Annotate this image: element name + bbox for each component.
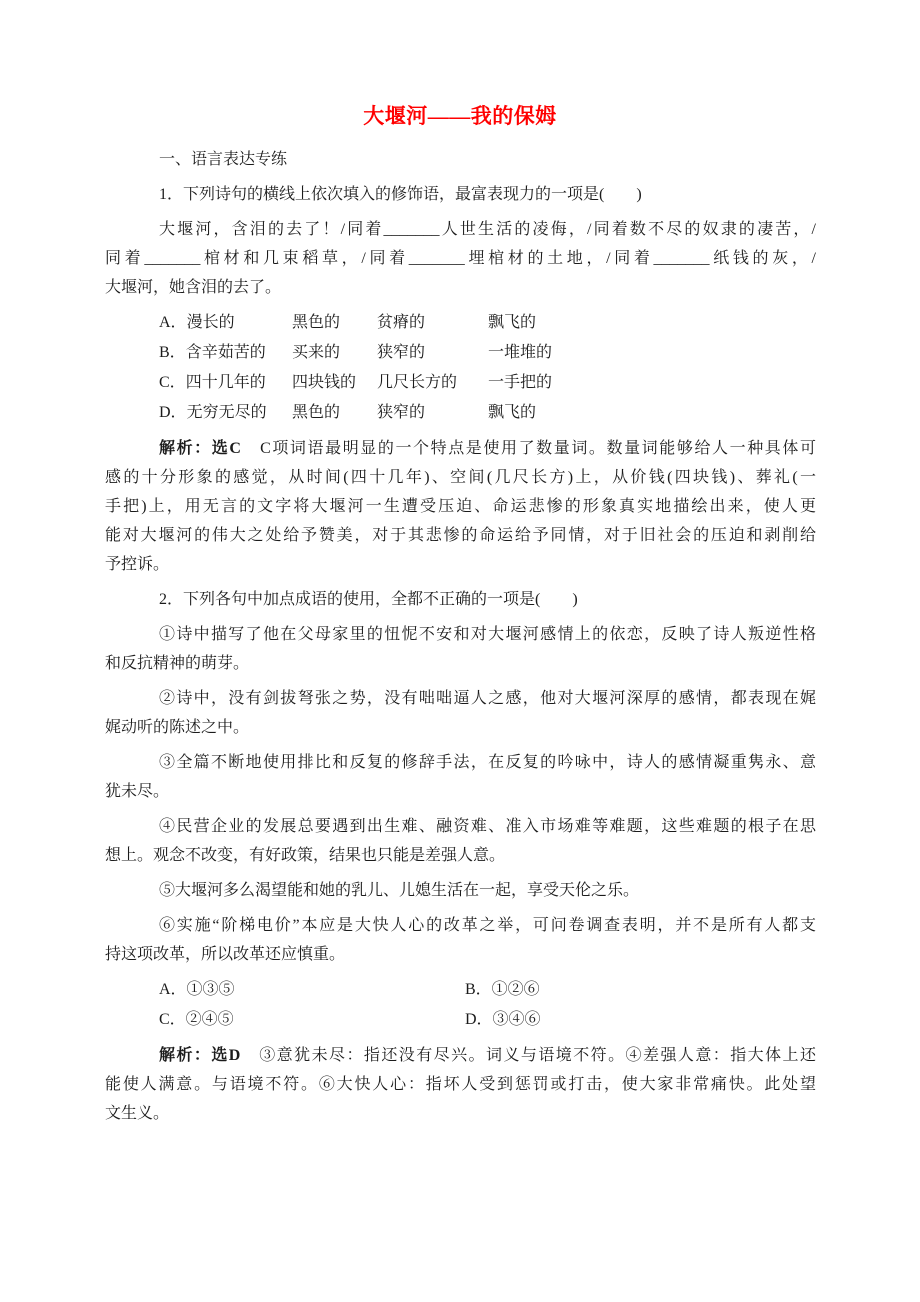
document-page: 大堰河——我的保姆 一、语言表达专练 1．下列诗句的横线上依次填入的修饰语，最富… — [0, 0, 920, 1302]
q2-sentence-1: ①诗中描写了他在父母家里的忸怩不安和对大堰河感情上的依恋，反映了诗人叛逆性格 和… — [105, 620, 816, 678]
q1-option-label: A． — [159, 314, 187, 331]
q2-sentence-5: ⑤大堰河多么渴望能和她的乳儿、儿媳生活在一起，享受天伦之乐。 — [105, 876, 816, 905]
poem-line: 大堰河，含泪的去了！/同着_______人世生活的凌侮，/同着数不尽的奴隶的凄苦… — [105, 215, 816, 244]
q1-option-cell: A．漫长的 — [159, 308, 292, 338]
analysis-line: 感的十分形象的感觉，从时间(四十几年)、空间(几尺长方)上，从价钱(四块钱)、葬… — [105, 463, 816, 492]
analysis-line: 能使人满意。与语境不符。⑥大快人心：指坏人受到惩罚或打击，使大家非常痛快。此处望 — [105, 1070, 816, 1099]
q2-sentence-3: ③全篇不断地使用排比和反复的修辞手法，在反复的吟咏中，诗人的感情凝重隽永、意 犹… — [105, 748, 816, 806]
analysis-line: 手把)上，用无言的文字将大堰河一生遭受压迫、命运悲惨的形象真实地描绘出来，使人更 — [105, 492, 816, 521]
analysis-line: 解析：选C C项词语最明显的一个特点是使用了数量词。数量词能够给人一种具体可 — [105, 434, 816, 463]
q1-option-word: 一手把的 — [488, 368, 552, 398]
q1-option-word: 一堆堆的 — [488, 338, 552, 368]
q1-option-word: 漫长的 — [187, 314, 235, 331]
q1-option-cell: B．含辛茹苦的 — [159, 338, 292, 368]
q1-option-label: B． — [159, 344, 186, 361]
q1-option-word: 飘飞的 — [488, 308, 536, 338]
sentence-line: 娓动听的陈述之中。 — [105, 713, 816, 742]
q1-options: A．漫长的黑色的贫瘠的飘飞的 B．含辛茹苦的买来的狭窄的一堆堆的 C．四十几年的… — [105, 308, 816, 428]
q1-option-label: C． — [159, 374, 186, 391]
q1-option-word: 无穷无尽的 — [187, 404, 267, 421]
q2-analysis: 解析：选D ③意犹未尽：指还没有尽兴。词义与语境不符。④差强人意：指大体上还 能… — [105, 1041, 816, 1128]
analysis-label: 解析：选C — [159, 440, 241, 457]
q1-option-label: D． — [159, 404, 187, 421]
q1-option-word: 四十几年的 — [186, 374, 266, 391]
q2-stem: 2．下列各句中加点成语的使用，全都不正确的一项是( ) — [105, 585, 816, 614]
q1-option-row-c: C．四十几年的四块钱的几尺长方的一手把的 — [159, 368, 816, 398]
analysis-label: 解析：选D — [159, 1047, 240, 1064]
q1-option-cell: C．四十几年的 — [159, 368, 292, 398]
q1-option-row-d: D．无穷无尽的黑色的狭窄的飘飞的 — [159, 398, 816, 428]
q2-option-row: C．②④⑤D．③④⑥ — [159, 1005, 816, 1035]
q1-option-word: 买来的 — [292, 338, 377, 368]
q2-option: B．①②⑥ — [465, 981, 540, 998]
q1-option-row-b: B．含辛茹苦的买来的狭窄的一堆堆的 — [159, 338, 816, 368]
q1-option-word: 狭窄的 — [377, 398, 488, 428]
sentence-line: ⑥实施“阶梯电价”本应是大快人心的改革之举，可问卷调查表明，并不是所有人都支 — [105, 911, 816, 940]
q2-option: A．①③⑤ — [159, 975, 465, 1005]
section-heading: 一、语言表达专练 — [105, 145, 816, 174]
poem-line: 大堰河，她含泪的去了。 — [105, 273, 816, 302]
q2-options: A．①③⑤B．①②⑥ C．②④⑤D．③④⑥ — [105, 975, 816, 1035]
q1-option-word: 黑色的 — [292, 308, 377, 338]
analysis-text: ③意犹未尽：指还没有尽兴。词义与语境不符。④差强人意：指大体上还 — [240, 1047, 816, 1064]
sentence-line: ③全篇不断地使用排比和反复的修辞手法，在反复的吟咏中，诗人的感情凝重隽永、意 — [105, 748, 816, 777]
q1-option-word: 四块钱的 — [292, 368, 377, 398]
q2-sentence-6: ⑥实施“阶梯电价”本应是大快人心的改革之举，可问卷调查表明，并不是所有人都支 持… — [105, 911, 816, 969]
sentence-line: 想上。观念不改变，有好政策，结果也只能是差强人意。 — [105, 841, 816, 870]
q1-analysis: 解析：选C C项词语最明显的一个特点是使用了数量词。数量词能够给人一种具体可 感… — [105, 434, 816, 579]
analysis-line: 予控诉。 — [105, 550, 816, 579]
q1-option-row-a: A．漫长的黑色的贫瘠的飘飞的 — [159, 308, 816, 338]
q1-option-word: 狭窄的 — [377, 338, 488, 368]
analysis-line: 能对大堰河的伟大之处给予赞美，对于其悲惨的命运给予同情，对于旧社会的压迫和剥削给 — [105, 521, 816, 550]
q1-option-word: 几尺长方的 — [377, 368, 488, 398]
poem-line: 同着_______棺材和几束稻草，/同着_______埋棺材的土地，/同着___… — [105, 244, 816, 273]
analysis-line: 文生义。 — [105, 1099, 816, 1128]
q1-poem: 大堰河，含泪的去了！/同着_______人世生活的凌侮，/同着数不尽的奴隶的凄苦… — [105, 215, 816, 302]
q1-stem: 1．下列诗句的横线上依次填入的修饰语，最富表现力的一项是( ) — [105, 180, 816, 209]
q2-sentence-4: ④民营企业的发展总要遇到出生难、融资难、准入市场难等难题，这些难题的根子在思 想… — [105, 812, 816, 870]
analysis-line: 解析：选D ③意犹未尽：指还没有尽兴。词义与语境不符。④差强人意：指大体上还 — [105, 1041, 816, 1070]
q1-option-cell: D．无穷无尽的 — [159, 398, 292, 428]
document-title: 大堰河——我的保姆 — [0, 0, 920, 132]
sentence-line: ②诗中，没有剑拔弩张之势，没有咄咄逼人之感，他对大堰河深厚的感情，都表现在娓 — [105, 684, 816, 713]
sentence-line: 和反抗精神的萌芽。 — [105, 649, 816, 678]
q2-option: C．②④⑤ — [159, 1005, 465, 1035]
q1-option-word: 贫瘠的 — [377, 308, 488, 338]
sentence-line: 持这项改革，所以改革还应慎重。 — [105, 940, 816, 969]
q1-option-word: 飘飞的 — [488, 398, 536, 428]
q2-option-row: A．①③⑤B．①②⑥ — [159, 975, 816, 1005]
sentence-line: 犹未尽。 — [105, 777, 816, 806]
document-content: 一、语言表达专练 1．下列诗句的横线上依次填入的修饰语，最富表现力的一项是( )… — [105, 145, 816, 1128]
sentence-line: ①诗中描写了他在父母家里的忸怩不安和对大堰河感情上的依恋，反映了诗人叛逆性格 — [105, 620, 816, 649]
sentence-line: ⑤大堰河多么渴望能和她的乳儿、儿媳生活在一起，享受天伦之乐。 — [105, 876, 816, 905]
q1-option-word: 黑色的 — [292, 398, 377, 428]
analysis-text: C项词语最明显的一个特点是使用了数量词。数量词能够给人一种具体可 — [241, 440, 816, 457]
sentence-line: ④民营企业的发展总要遇到出生难、融资难、准入市场难等难题，这些难题的根子在思 — [105, 812, 816, 841]
q2-option: D．③④⑥ — [465, 1011, 541, 1028]
q2-sentence-2: ②诗中，没有剑拔弩张之势，没有咄咄逼人之感，他对大堰河深厚的感情，都表现在娓 娓… — [105, 684, 816, 742]
q1-option-word: 含辛茹苦的 — [186, 344, 266, 361]
